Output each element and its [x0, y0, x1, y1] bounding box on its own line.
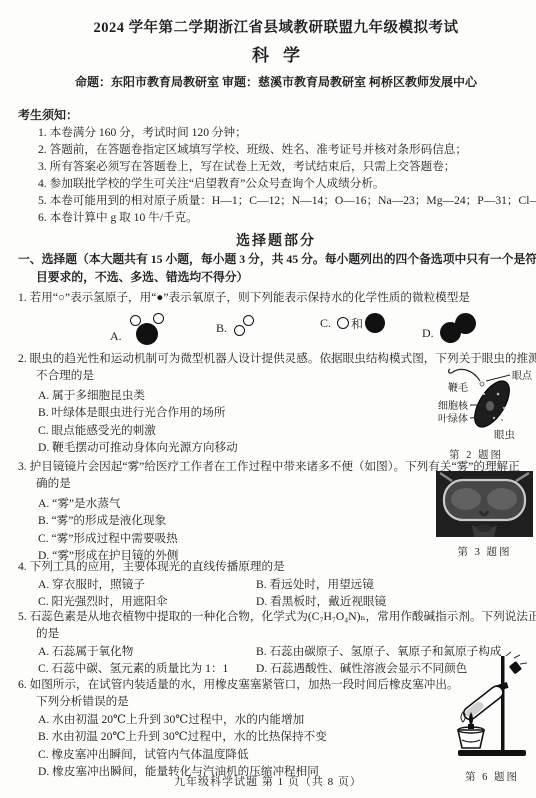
question-1-stem: 1. 若用“○”表示氢原子，用“●”表示氧原子，则下列能表示保持水的化学性质的微… [18, 289, 534, 306]
chloroplast-label: 叶绿体 [438, 412, 468, 425]
hydrogen-molecule-model [233, 313, 258, 338]
question-6-figure: 第 6 题图 [450, 650, 534, 784]
eyespot-label: 眼点 [512, 369, 533, 382]
question-5-stem-line2: 的是 [18, 625, 534, 642]
notice-item: 3. 所有答案必须写在答题卷上，写在试卷上无效，考试结束后，只需上交答题卷； [38, 158, 534, 175]
notice-item: 5. 本卷可能用到的相对原子质量：H—1；C—12；N—14；O—16；Na—2… [38, 192, 534, 209]
instruction-line: 目要求的，不选、多选、错选均不得分） [18, 268, 534, 286]
question-5-stem-line1: 5. 石蕊色素是从地衣植物中提取的一种化合物，化学式为(C₇H₇O₄N)ₙ，常用… [18, 608, 534, 625]
committee-line: 命题：东阳市教育局教研室 审题：慈溪市教育局教研室 柯桥区教师发展中心 [18, 73, 534, 90]
option-b-model: B. [216, 313, 258, 338]
option-label: D. [422, 326, 434, 343]
flagellum-line [449, 369, 480, 381]
option: C. 石蕊中碳、氢元素的质量比为 1：1 [38, 661, 256, 678]
option-c-model: C. 和 [320, 313, 385, 333]
exam-paper-page: 2024 学年第二学期浙江省县域教研联盟九年级模拟考试 科学 命题：东阳市教育局… [0, 0, 536, 798]
test-tube [461, 684, 505, 722]
option-label: B. [216, 321, 227, 338]
nucleus-label: 细胞核 [438, 399, 469, 412]
test-tube-apparatus [450, 650, 534, 762]
subject-title: 科学 [18, 41, 534, 66]
stand-pole [501, 656, 505, 752]
rubber-stopper [509, 661, 522, 674]
question-4-options-row1: A. 穿衣服时，照镜子 B. 看远处时，用望远镜 [18, 577, 534, 594]
notice-heading: 考生须知： [18, 106, 534, 123]
euglena-diagram: 眼点 鞭毛 细胞核 叶绿体 眼虫 [418, 364, 534, 440]
notice-list: 1. 本卷满分 160 分，考试时间 120 分钟； 2. 答题前，在答题卷指定… [18, 124, 534, 226]
flagellum-label: 鞭毛 [448, 381, 468, 394]
option-a-model: A. [110, 313, 168, 346]
euglena-label: 眼虫 [494, 428, 515, 440]
option: D. 石蕊遇酸性、碱性溶液会显示不同颜色 [256, 661, 467, 678]
eyespot-dot [480, 382, 484, 386]
option-label: C. [320, 316, 331, 333]
goggles-photo [436, 471, 533, 537]
stand-base [458, 750, 526, 756]
question-4: 4. 下列工具的应用，主要体现光的直线传播原理的是 A. 穿衣服时，照镜子 B.… [18, 558, 534, 610]
notice-item: 6. 本卷计算中 g 取 10 牛/千克。 [38, 209, 534, 226]
notice-item: 2. 答题前，在答题卷指定区域填写学校、班级、姓名、准考证号并核对条形码信息； [38, 141, 534, 158]
question-2-figure: 眼点 鞭毛 细胞核 叶绿体 眼虫 第 2 题图 [418, 364, 534, 462]
notice-item: 1. 本卷满分 160 分，考试时间 120 分钟； [38, 124, 534, 141]
separate-atoms-model: 和 [337, 313, 385, 333]
option: A. 穿衣服时，照镜子 [38, 577, 256, 594]
exam-title: 2024 学年第二学期浙江省县域教研联盟九年级模拟考试 [18, 16, 534, 37]
option: A. 石蕊属于氧化物 [38, 644, 256, 661]
figure-caption: 第 3 题图 [436, 544, 533, 559]
question-4-stem: 4. 下列工具的应用，主要体现光的直线传播原理的是 [18, 558, 534, 575]
instruction-line: 一、选择题（本大题共有 15 小题，每小题 3 分，共 45 分。每小题列出的四… [18, 250, 534, 268]
hydrogen-atom-icon [337, 317, 349, 329]
question-1-options: A. B. C. 和 D. [18, 313, 534, 353]
question-3-figure: 第 3 题图 [436, 471, 533, 559]
page-footer: 九年级科学试题 第 1 页（共 8 页） [0, 773, 536, 789]
oxygen-molecule-model [440, 313, 478, 343]
option-d-model: D. [422, 313, 478, 343]
oxygen-atom-icon [365, 313, 385, 333]
option: B. 看远处时，用望远镜 [256, 577, 374, 594]
connector-text: 和 [351, 315, 363, 332]
option-label: A. [110, 329, 122, 346]
section-instructions: 一、选择题（本大题共有 15 小题，每小题 3 分，共 45 分。每小题列出的四… [18, 250, 534, 286]
water-molecule-model [128, 313, 168, 346]
section-title: 选择题部分 [18, 230, 534, 250]
notice-item: 4. 参加联批学校的学生可关注“启望教育”公众号查询个人成绩分析。 [38, 175, 534, 192]
